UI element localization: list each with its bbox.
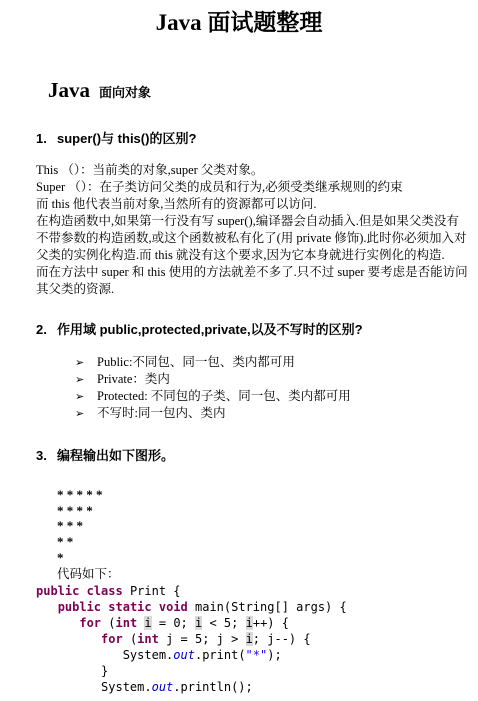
answer-line: 其父类的资源. — [36, 281, 478, 298]
code-line: } — [36, 663, 478, 679]
section-title-topic: 面向对象 — [99, 85, 151, 100]
arrowhead-bullet-icon: ➢ — [75, 405, 97, 422]
arrowhead-bullet-icon: ➢ — [75, 354, 97, 371]
question-title: super()与 this()的区别? — [57, 131, 196, 147]
code-line: public static void main(String[] args) { — [36, 599, 478, 615]
question-1-heading: 1. super()与 this()的区别? — [36, 131, 478, 147]
bullet-item: ➢ Public:不同包、同一包、类内都可用 — [75, 354, 478, 371]
pattern-line: * * * — [57, 518, 478, 534]
section-header: Java 面向对象 — [48, 79, 478, 104]
question-3-heading: 3. 编程输出如下图形。 — [36, 448, 478, 464]
question-title: 编程输出如下图形。 — [57, 448, 174, 464]
bullet-list: ➢ Public:不同包、同一包、类内都可用 ➢ Private：类内 ➢ Pr… — [75, 354, 478, 422]
code-caption: 代码如下： — [57, 566, 478, 583]
pattern-line: * * * * — [57, 503, 478, 519]
question-3: 3. 编程输出如下图形。 * * * * * * * * * * * * * *… — [0, 448, 478, 695]
bullet-text: Public:不同包、同一包、类内都可用 — [97, 354, 295, 371]
section-title-java: Java — [48, 78, 90, 102]
star-pattern: * * * * * * * * * * * * * * * — [57, 487, 478, 566]
pattern-line: * * — [57, 534, 478, 550]
pattern-line: * * * * * — [57, 487, 478, 503]
bullet-item: ➢ Private：类内 — [75, 371, 478, 388]
answer-line: 父类的实例化构造.而 this 就没有这个要求,因为它本身就进行实例化的构造. — [36, 247, 478, 264]
bullet-text: 不写时:同一包内、类内 — [97, 405, 225, 422]
arrowhead-bullet-icon: ➢ — [75, 388, 97, 405]
bullet-item: ➢ Protected: 不同包的子类、同一包、类内都可用 — [75, 388, 478, 405]
question-2-heading: 2. 作用域 public,protected,private,以及不写时的区别… — [36, 322, 478, 338]
question-1-answer: This （）：当前类的对象,super 父类对象。 Super （）：在子类访… — [36, 162, 478, 298]
code-line: for (int i = 0; i < 5; i++) { — [36, 615, 478, 631]
code-line: public class Print { — [36, 583, 478, 599]
bullet-text: Private：类内 — [97, 371, 170, 388]
document-title: Java 面试题整理 — [0, 0, 478, 36]
question-number: 2. — [36, 322, 57, 338]
arrowhead-bullet-icon: ➢ — [75, 371, 97, 388]
code-block: public class Print { public static void … — [36, 583, 478, 695]
answer-line: 而在方法中 super 和 this 使用的方法就差不多了.只不过 super … — [36, 264, 478, 281]
question-1: 1. super()与 this()的区别? This （）：当前类的对象,su… — [0, 131, 478, 298]
code-line: for (int j = 5; j > i; j--) { — [36, 631, 478, 647]
answer-line: 不带参数的构造函数,或这个函数被私有化了(用 private 修饰).此时你必须… — [36, 230, 478, 247]
bullet-item: ➢ 不写时:同一包内、类内 — [75, 405, 478, 422]
question-title: 作用域 public,protected,private,以及不写时的区别? — [57, 322, 363, 338]
question-number: 1. — [36, 131, 57, 147]
code-line: System.out.println(); — [36, 679, 478, 695]
question-number: 3. — [36, 448, 57, 464]
answer-line: 而 this 他代表当前对象,当然所有的资源都可以访问. — [36, 196, 478, 213]
answer-line: 在构造函数中,如果第一行没有写 super(),编译器会自动插入.但是如果父类没… — [36, 213, 478, 230]
bullet-text: Protected: 不同包的子类、同一包、类内都可用 — [97, 388, 351, 405]
pattern-line: * — [57, 550, 478, 566]
document-page: Java 面试题整理 Java 面向对象 1. super()与 this()的… — [0, 0, 478, 701]
code-line: System.out.print("*"); — [36, 647, 478, 663]
answer-line: Super （）：在子类访问父类的成员和行为,必须受类继承规则的约束 — [36, 179, 478, 196]
answer-line: This （）：当前类的对象,super 父类对象。 — [36, 162, 478, 179]
question-2: 2. 作用域 public,protected,private,以及不写时的区别… — [0, 322, 478, 422]
